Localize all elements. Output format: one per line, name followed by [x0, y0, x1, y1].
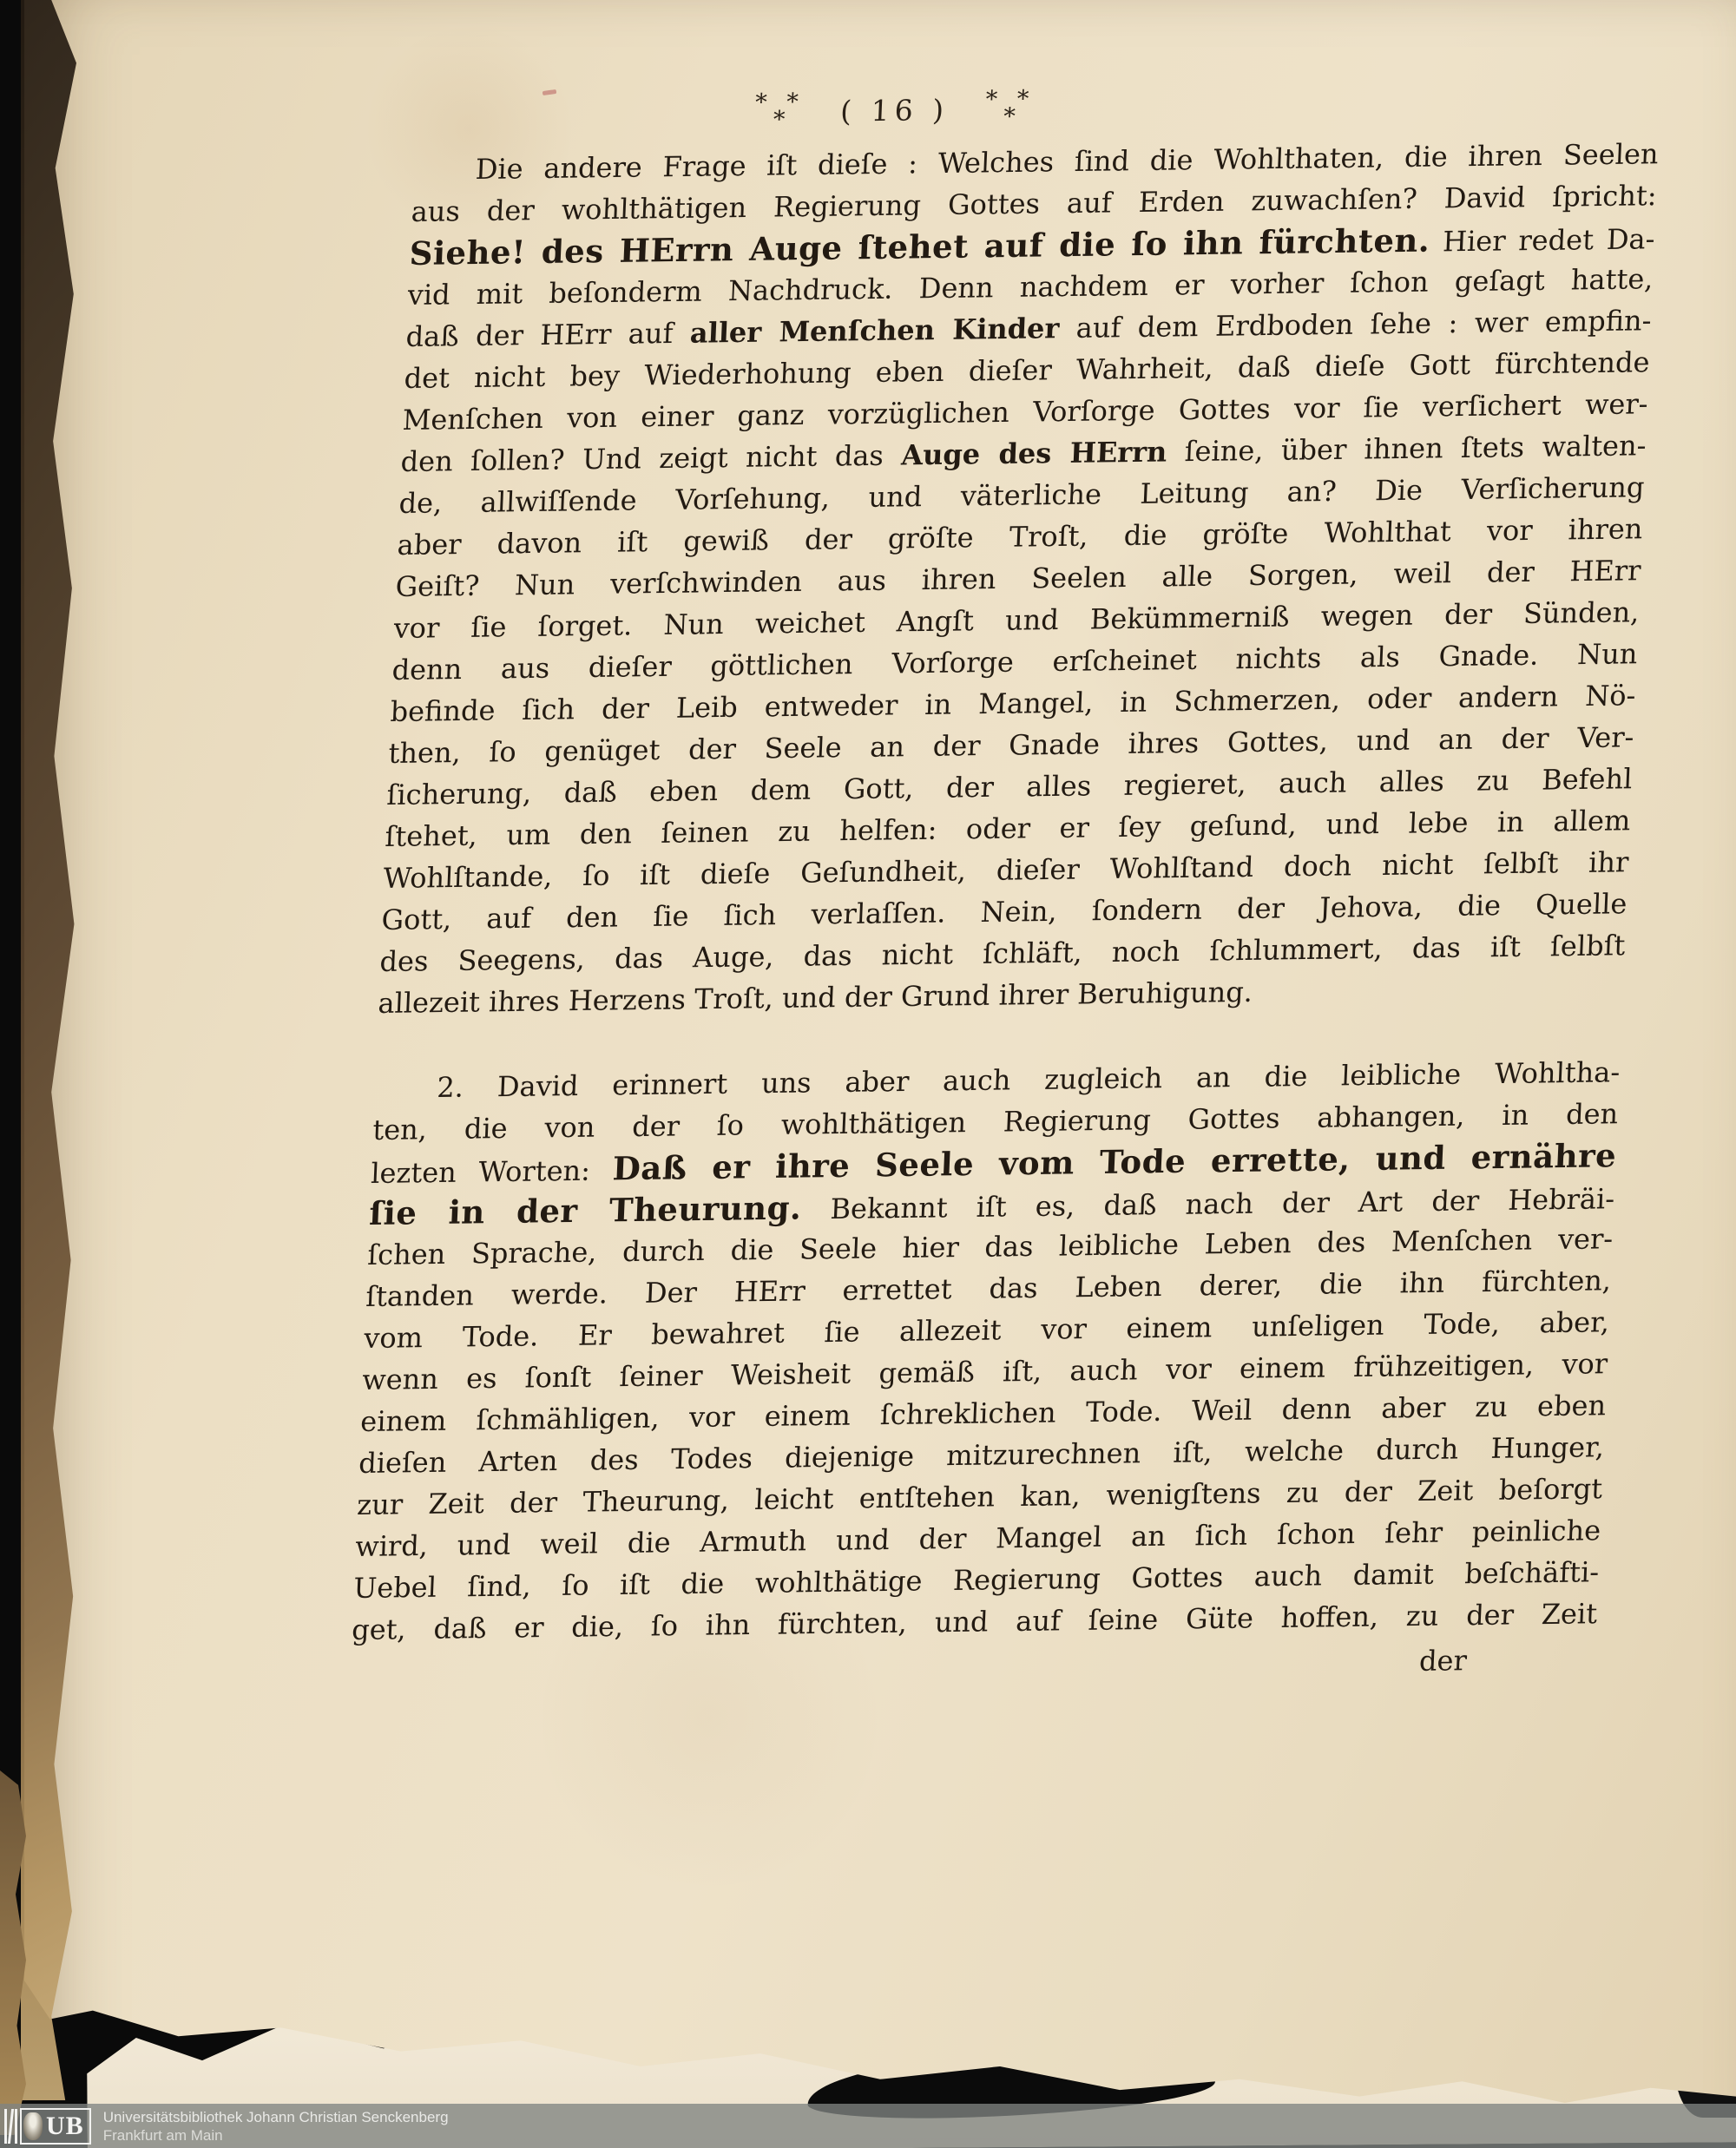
library-watermark-bar: UB Universitätsbibliothek Johann Christi…	[0, 2104, 1736, 2148]
library-caption: Universitätsbibliothek Johann Christian …	[103, 2108, 449, 2145]
torn-gutter-edge-lower	[0, 1770, 26, 2135]
body-text: Die andere Frage iſt dieſe : Welches ſin…	[351, 133, 1659, 1651]
logo-book-spines-icon	[4, 2109, 17, 2144]
logo-text: UB	[46, 2112, 84, 2141]
text-segment: auf dem Erdboden ſehe : wer empfin-	[1059, 304, 1653, 345]
text-segment: aller Menſchen Kinder	[689, 312, 1060, 350]
ub-library-logo: UB	[4, 2107, 91, 2145]
text-segment: Auge des HErrn	[901, 435, 1168, 471]
asterisk-ornament-right-icon: * * *	[984, 93, 1035, 125]
text-segment: den ſollen? Und zeigt nicht das	[400, 438, 902, 478]
paragraph: Die andere Frage iſt dieſe : Welches ſin…	[378, 133, 1660, 1024]
text-segment: allezeit ihres Herzens Troſt, und der Gr…	[378, 975, 1253, 1020]
senckenberg-portrait-icon	[23, 2112, 43, 2140]
text-segment: daß der HErr auf	[405, 317, 691, 353]
page-number: ( 16 )	[839, 92, 949, 128]
logo-box: UB	[20, 2108, 91, 2145]
asterisk-ornament-left-icon: * * *	[754, 95, 805, 128]
book-page: * * * ( 16 ) * * * Die andere Frage iſt …	[24, 0, 1736, 2148]
page-text-layer: * * * ( 16 ) * * * Die andere Frage iſt …	[349, 67, 1662, 1696]
paragraph: 2. David erinnert uns aber auch zugleich…	[351, 1051, 1621, 1651]
text-segment: Hier redet Da-	[1430, 222, 1656, 258]
text-segment: ſeine, über ihnen ſtets walten-	[1167, 429, 1647, 468]
text-segment: ſie in der Theurung.	[369, 1188, 803, 1232]
text-segment: lezten Worten:	[371, 1153, 614, 1190]
library-city: Frankfurt am Main	[103, 2126, 449, 2145]
library-name: Universitätsbibliothek Johann Christian …	[103, 2108, 449, 2126]
